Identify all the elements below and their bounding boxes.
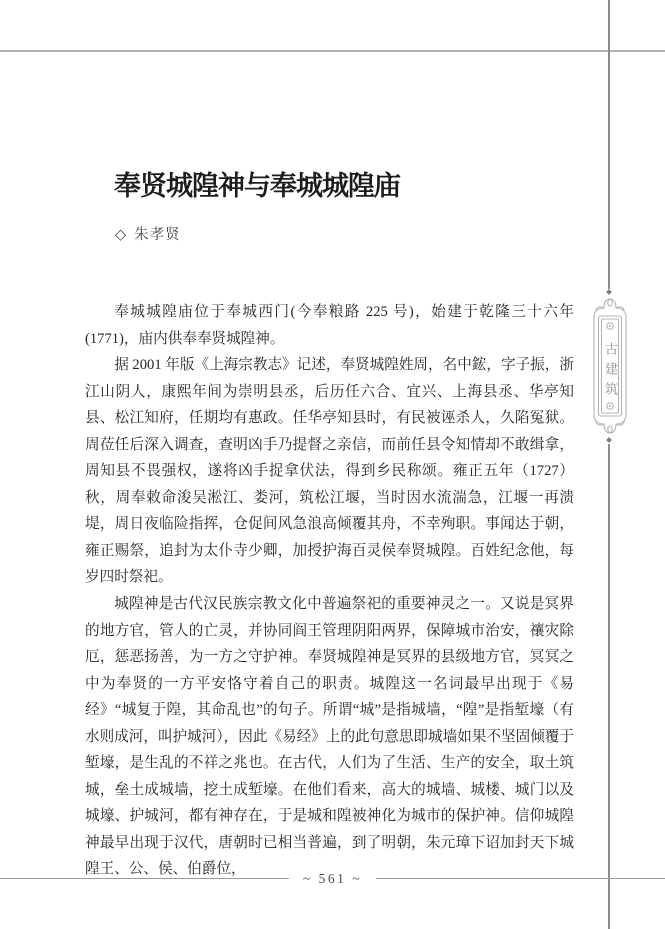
body-paragraph: 城隍神是古代汉民族宗教文化中普遍祭祀的重要神灵之一。又说是冥界的地方官，管人的亡… (85, 591, 574, 883)
author-name: 朱孝贤 (134, 227, 181, 243)
body-paragraph: 据 2001 年版《上海宗教志》记述，奉贤城隍姓周，名中鋐，字子振，浙江山阴人，… (85, 352, 574, 591)
right-margin-rule-top (608, 0, 610, 289)
author-line: ◇朱孝贤 (115, 223, 181, 244)
author-diamond-icon: ◇ (115, 227, 127, 243)
page-number: ~ 561 ~ (289, 871, 376, 887)
article-body: 奉城城隍庙位于奉城西门(今奉粮路 225 号)，始建于乾隆三十六年(1771)，… (85, 299, 574, 883)
body-paragraph: 奉城城隍庙位于奉城西门(今奉粮路 225 号)，始建于乾隆三十六年(1771)，… (85, 299, 574, 352)
section-tab: 古建筑 (587, 295, 633, 437)
rule-end-diamond-icon (606, 289, 612, 295)
footer-rule-right (376, 878, 665, 880)
right-margin-rule-bottom (608, 444, 610, 929)
footer-rule-left (0, 878, 289, 880)
top-rule-divider (0, 50, 665, 52)
book-page: 古建筑 奉贤城隍神与奉城城隍庙 ◇朱孝贤 奉城城隍庙位于奉城西门(今奉粮路 22… (0, 0, 665, 929)
section-tab-label: 古建筑 (587, 342, 633, 402)
article-title: 奉贤城隍神与奉城城隍庙 (114, 164, 400, 203)
rule-end-diamond-icon (606, 437, 612, 443)
page-footer: ~ 561 ~ (0, 870, 665, 887)
